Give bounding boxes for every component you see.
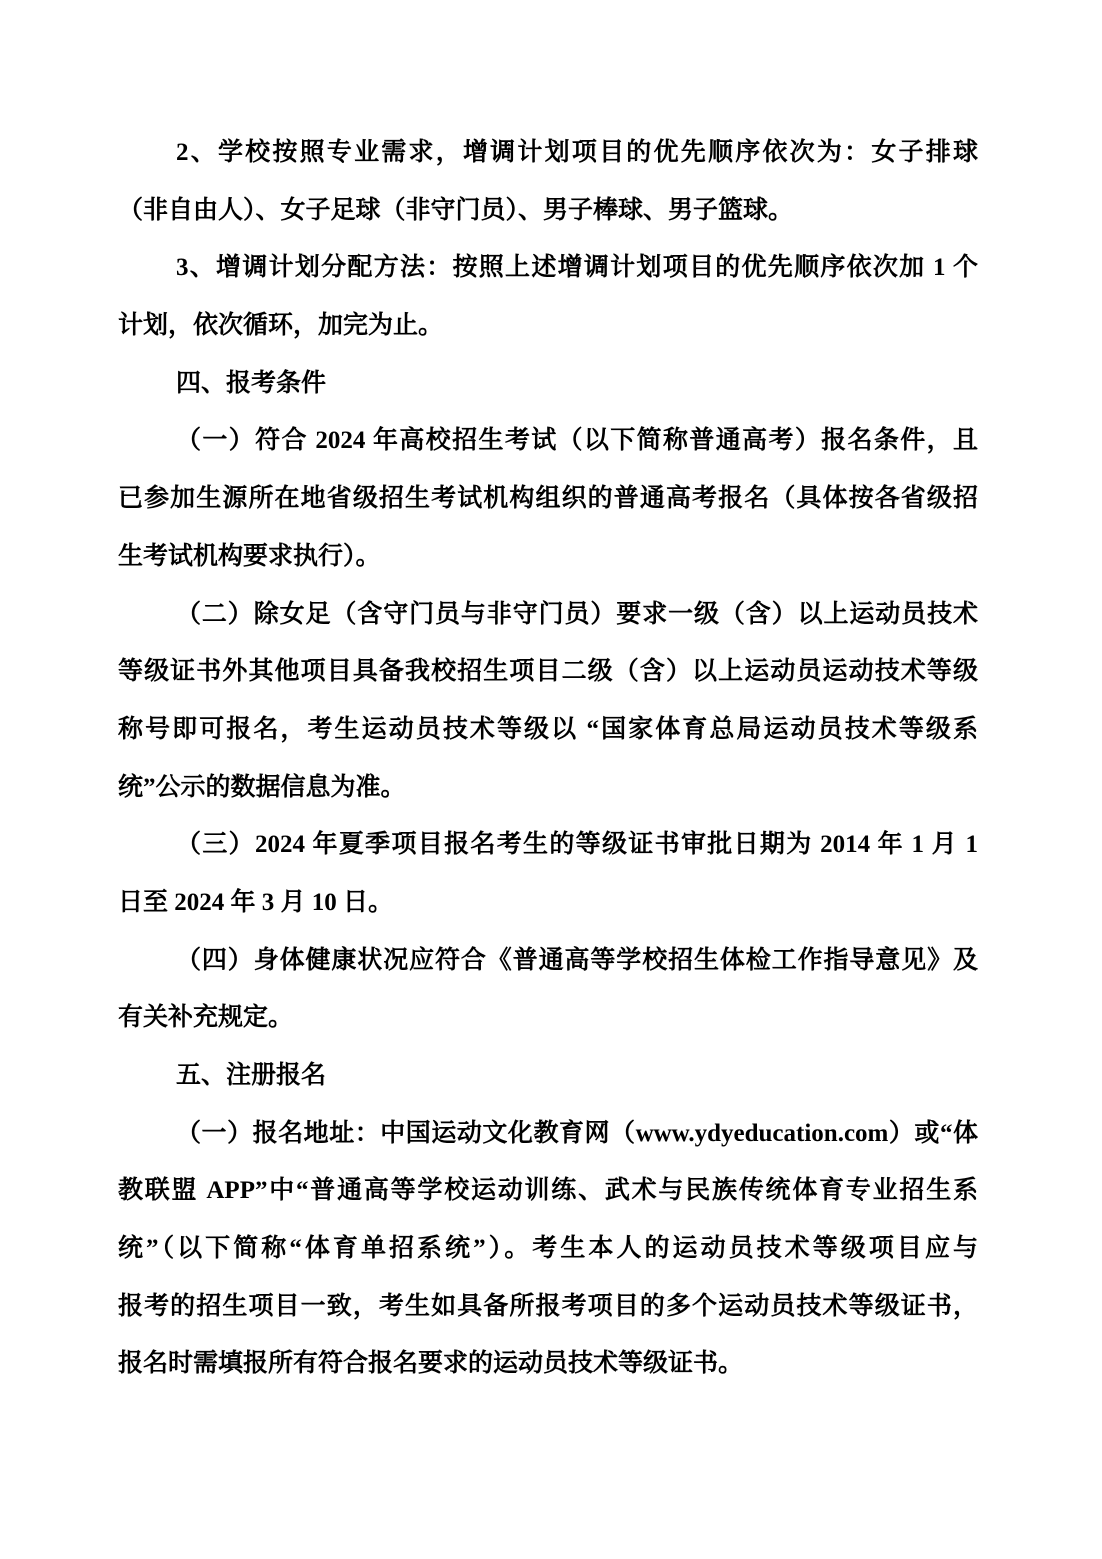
text-line: 等级证书外其他项目具备我校招生项目二级（含）以上运动员运动技术等级 [118,643,978,701]
text-line: 称号即可报名，考生运动员技术等级以 “国家体育总局运动员技术等级系 [118,701,978,759]
text-line: 2、学校按照专业需求，增调计划项目的优先顺序依次为：女子排球 [118,124,978,182]
text-line: （一）符合 2024 年高校招生考试（以下简称普通高考）报名条件，且 [118,412,978,470]
text-line: 报考的招生项目一致，考生如具备所报考项目的多个运动员技术等级证书， [118,1278,978,1336]
text-line: 统”（以下简称“体育单招系统”）。考生本人的运动员技术等级项目应与 [118,1220,978,1278]
document-body: 2、学校按照专业需求，增调计划项目的优先顺序依次为：女子排球（非自由人）、女子足… [118,124,978,1393]
text-line: 统”公示的数据信息为准。 [118,759,978,817]
section-heading-line: 四、报考条件 [118,355,978,413]
section-heading-line: 五、注册报名 [118,1047,978,1105]
text-line: 生考试机构要求执行）。 [118,528,978,586]
text-line: （非自由人）、女子足球（非守门员）、男子棒球、男子篮球。 [118,182,978,240]
text-line: （四）身体健康状况应符合《普通高等学校招生体检工作指导意见》及 [118,932,978,990]
text-line: 计划，依次循环，加完为止。 [118,297,978,355]
text-line: 日至 2024 年 3 月 10 日。 [118,874,978,932]
text-line: 已参加生源所在地省级招生考试机构组织的普通高考报名（具体按各省级招 [118,470,978,528]
text-line: 教联盟 APP”中“普通高等学校运动训练、武术与民族传统体育专业招生系 [118,1162,978,1220]
text-line: （三）2024 年夏季项目报名考生的等级证书审批日期为 2014 年 1 月 1 [118,816,978,874]
text-line: （一）报名地址：中国运动文化教育网（www.ydyeducation.com）或… [118,1105,978,1163]
text-line: 有关补充规定。 [118,989,978,1047]
text-line: （二）除女足（含守门员与非守门员）要求一级（含）以上运动员技术 [118,586,978,644]
text-line: 3、增调计划分配方法：按照上述增调计划项目的优先顺序依次加 1 个 [118,239,978,297]
text-line: 报名时需填报所有符合报名要求的运动员技术等级证书。 [118,1335,978,1393]
document-page: 2、学校按照专业需求，增调计划项目的优先顺序依次为：女子排球（非自由人）、女子足… [0,0,1102,1559]
